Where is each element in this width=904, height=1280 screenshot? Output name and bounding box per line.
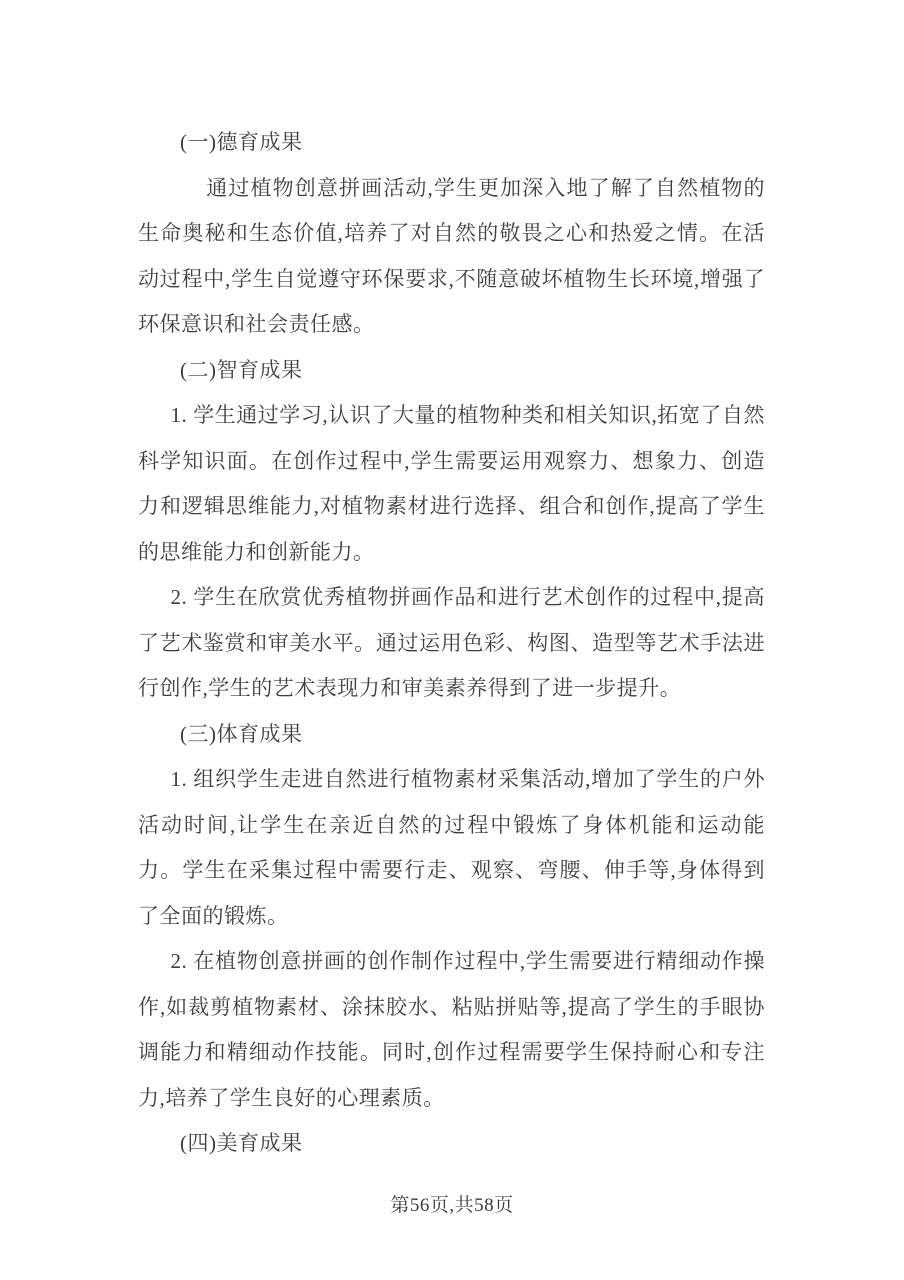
section-heading-physical-education: (三)体育成果: [138, 712, 765, 758]
body-paragraph: 1. 组织学生走进自然进行植物素材采集活动,增加了学生的户外活动时间,让学生在亲…: [138, 757, 765, 939]
page-number-footer: 第56页,共58页: [0, 1190, 904, 1217]
body-paragraph: 2. 在植物创意拼画的创作制作过程中,学生需要进行精细动作操作,如裁剪植物素材、…: [138, 939, 765, 1121]
body-paragraph: 2. 学生在欣赏优秀植物拼画作品和进行艺术创作的过程中,提高了艺术鉴赏和审美水平…: [138, 575, 765, 712]
body-paragraph: 通过植物创意拼画活动,学生更加深入地了解了自然植物的生命奥秘和生态价值,培养了对…: [138, 166, 765, 348]
document-body: (一)德育成果 通过植物创意拼画活动,学生更加深入地了解了自然植物的生命奥秘和生…: [138, 120, 765, 1167]
document-page: (一)德育成果 通过植物创意拼画活动,学生更加深入地了解了自然植物的生命奥秘和生…: [0, 0, 904, 1280]
section-heading-aesthetic-education: (四)美育成果: [138, 1121, 765, 1167]
section-heading-intellectual-education: (二)智育成果: [138, 348, 765, 394]
body-paragraph: 1. 学生通过学习,认识了大量的植物种类和相关知识,拓宽了自然科学知识面。在创作…: [138, 393, 765, 575]
section-heading-moral-education: (一)德育成果: [138, 120, 765, 166]
